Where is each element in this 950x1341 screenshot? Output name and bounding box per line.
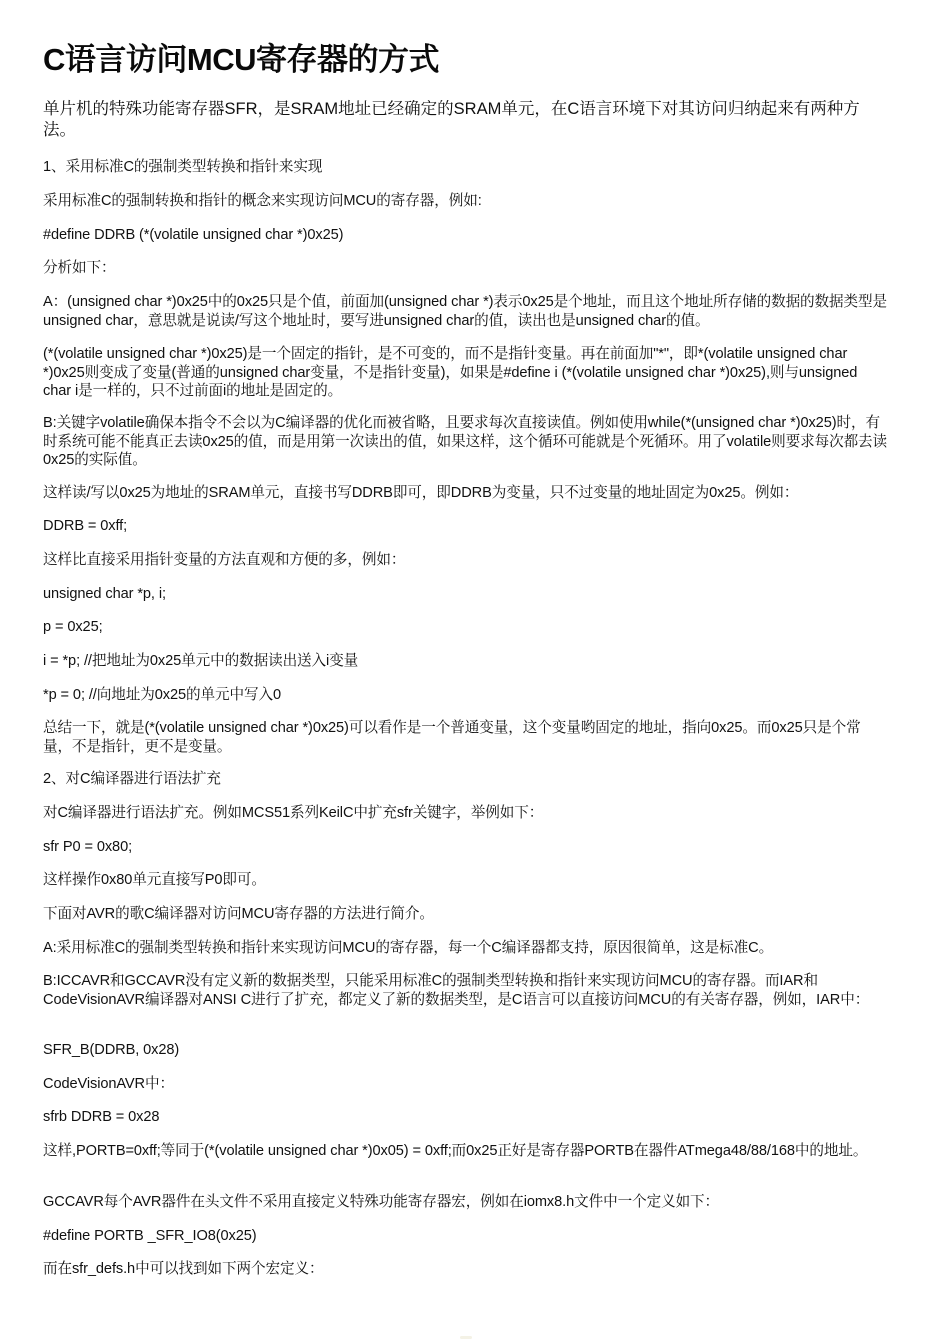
code-line: unsigned char *p, i; — [43, 585, 888, 604]
paragraph: 而在sfr_defs.h中可以找到如下两个宏定义： — [43, 1260, 888, 1279]
paragraph: 这样比直接采用指针变量的方法直观和方便的多，例如： — [43, 551, 888, 570]
code-line: DDRB = 0xff; — [43, 517, 888, 536]
paragraph: (*(volatile unsigned char *)0x25)是一个固定的指… — [43, 345, 888, 401]
code-line: *p = 0; //向地址为0x25的单元中写入0 — [43, 686, 888, 705]
paragraph: 这样,PORTB=0xff;等同于(*(volatile unsigned ch… — [43, 1142, 888, 1161]
paragraph: CodeVisionAVR中： — [43, 1075, 888, 1094]
section-heading-1: 1、采用标准C的强制类型转换和指针来实现 — [43, 158, 888, 177]
code-line: sfr P0 = 0x80; — [43, 838, 888, 857]
page-title: C语言访问MCU寄存器的方式 — [43, 40, 439, 80]
code-line: sfrb DDRB = 0x28 — [43, 1108, 888, 1127]
code-line: #define PORTB _SFR_IO8(0x25) — [43, 1227, 888, 1246]
paragraph: 下面对AVR的歌C编译器对访问MCU寄存器的方法进行简介。 — [43, 905, 888, 924]
section-heading-2: 2、对C编译器进行语法扩充 — [43, 770, 888, 789]
code-line: SFR_B(DDRB, 0x28) — [43, 1041, 888, 1060]
paragraph: 采用标准C的强制转换和指针的概念来实现访问MCU的寄存器，例如: — [43, 192, 888, 211]
paragraph: A：(unsigned char *)0x25中的0x25只是个值，前面加(un… — [43, 293, 888, 330]
code-line: #define DDRB (*(volatile unsigned char *… — [43, 226, 888, 245]
code-line: p = 0x25; — [43, 618, 888, 637]
intro-paragraph: 单片机的特殊功能寄存器SFR，是SRAM地址已经确定的SRAM单元，在C语言环境… — [43, 99, 888, 141]
paragraph: 这样操作0x80单元直接写P0即可。 — [43, 871, 888, 890]
code-line: i = *p; //把地址为0x25单元中的数据读出送入i变量 — [43, 652, 888, 671]
paragraph: B:关键字volatile确保本指令不会以为C编译器的优化而被省略，且要求每次直… — [43, 414, 888, 470]
paragraph: GCCAVR每个AVR器件在头文件不采用直接定义特殊功能寄存器宏，例如在iomx… — [43, 1193, 888, 1212]
page-footer-mark — [460, 1336, 472, 1339]
paragraph: B:ICCAVR和GCCAVR没有定义新的数据类型，只能采用标准C的强制类型转换… — [43, 972, 888, 1009]
paragraph: A:采用标准C的强制类型转换和指针来实现访问MCU的寄存器，每一个C编译器都支持… — [43, 939, 888, 958]
paragraph: 总结一下，就是(*(volatile unsigned char *)0x25)… — [43, 719, 888, 756]
paragraph: 对C编译器进行语法扩充。例如MCS51系列KeilC中扩充sfr关键字，举例如下… — [43, 804, 888, 823]
paragraph: 这样读/写以0x25为地址的SRAM单元，直接书写DDRB即可，即DDRB为变量… — [43, 484, 888, 503]
paragraph: 分析如下： — [43, 259, 888, 278]
